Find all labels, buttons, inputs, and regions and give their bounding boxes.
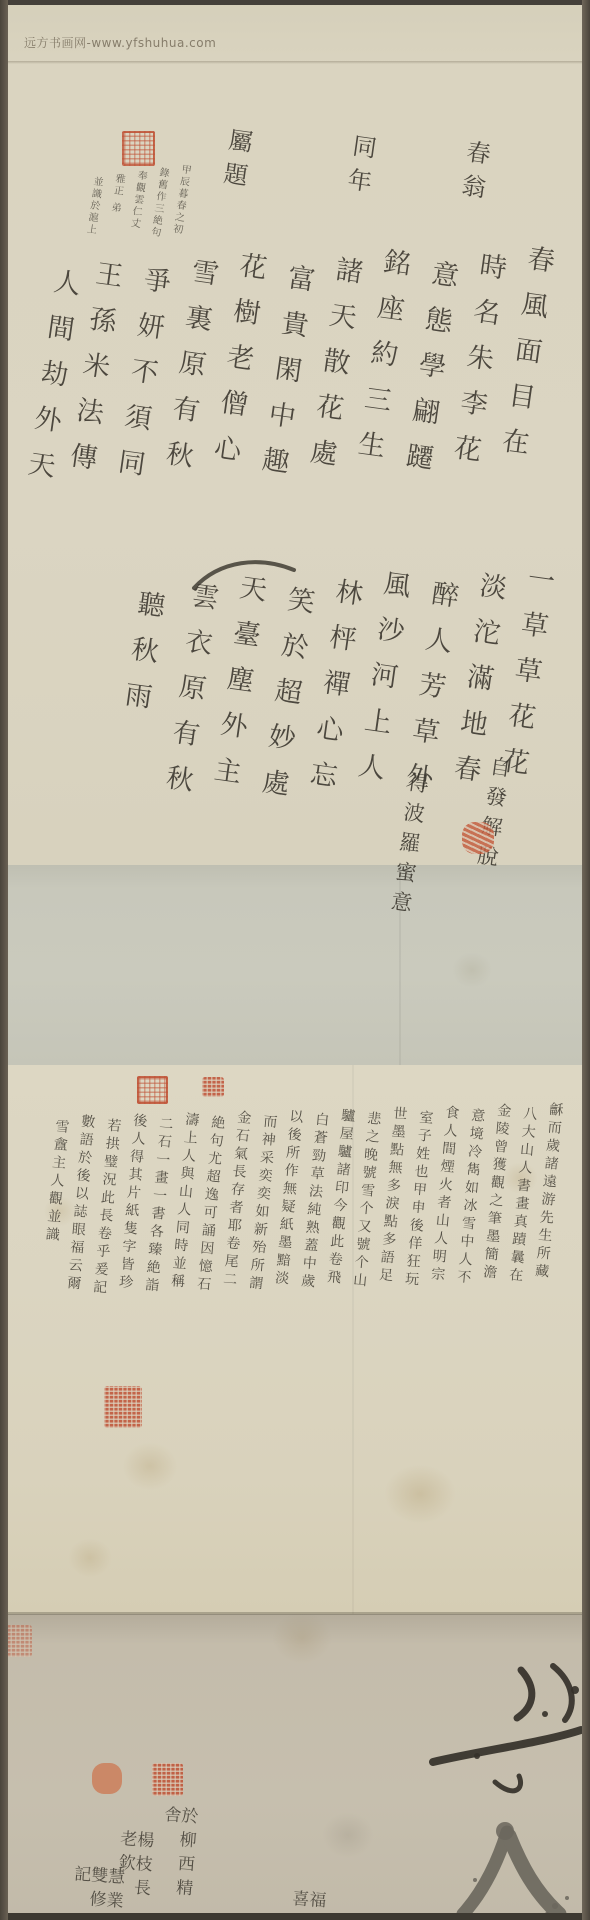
red-seal-colophon-2 [202,1077,224,1097]
fold-crease [0,61,590,64]
red-seal-colophon-bottom [104,1386,142,1428]
photo-border-right [582,0,590,1920]
scroll-photo: 远方书画网-www.yfshuhua.com 春翁 同年 屬題 甲辰暮春之初 錄… [0,0,590,1920]
photo-border-top [0,0,590,5]
photo-border-bottom [0,1913,590,1920]
red-seal-colophon-1 [137,1076,168,1104]
mounting-seam [0,1612,590,1615]
website-watermark: 远方书画网-www.yfshuhua.com [24,34,216,51]
paper-stain [122,1442,178,1490]
paper-stain [68,1538,112,1578]
big-cursive-character-2 [455,1818,590,1920]
paper-stain [322,1812,374,1858]
paper-stain [452,952,492,988]
paper-stain [384,1464,456,1524]
dedication-column: 於柳西精舎 [154,1805,196,1920]
photo-border-left [0,0,8,1920]
mounting-band-upper [0,865,590,1065]
red-seal-top [122,131,155,166]
big-cursive-character-1 [425,1660,590,1810]
red-seal-poem-end [462,822,494,854]
dedication-column: 慧業雙修記 [68,1864,123,1920]
red-seal-edge [6,1625,32,1657]
red-seal-signature-2 [152,1763,183,1796]
red-seal-signature-1 [92,1763,122,1794]
cursive-flourish-stroke [190,550,300,595]
paper-stain [272,1612,332,1664]
